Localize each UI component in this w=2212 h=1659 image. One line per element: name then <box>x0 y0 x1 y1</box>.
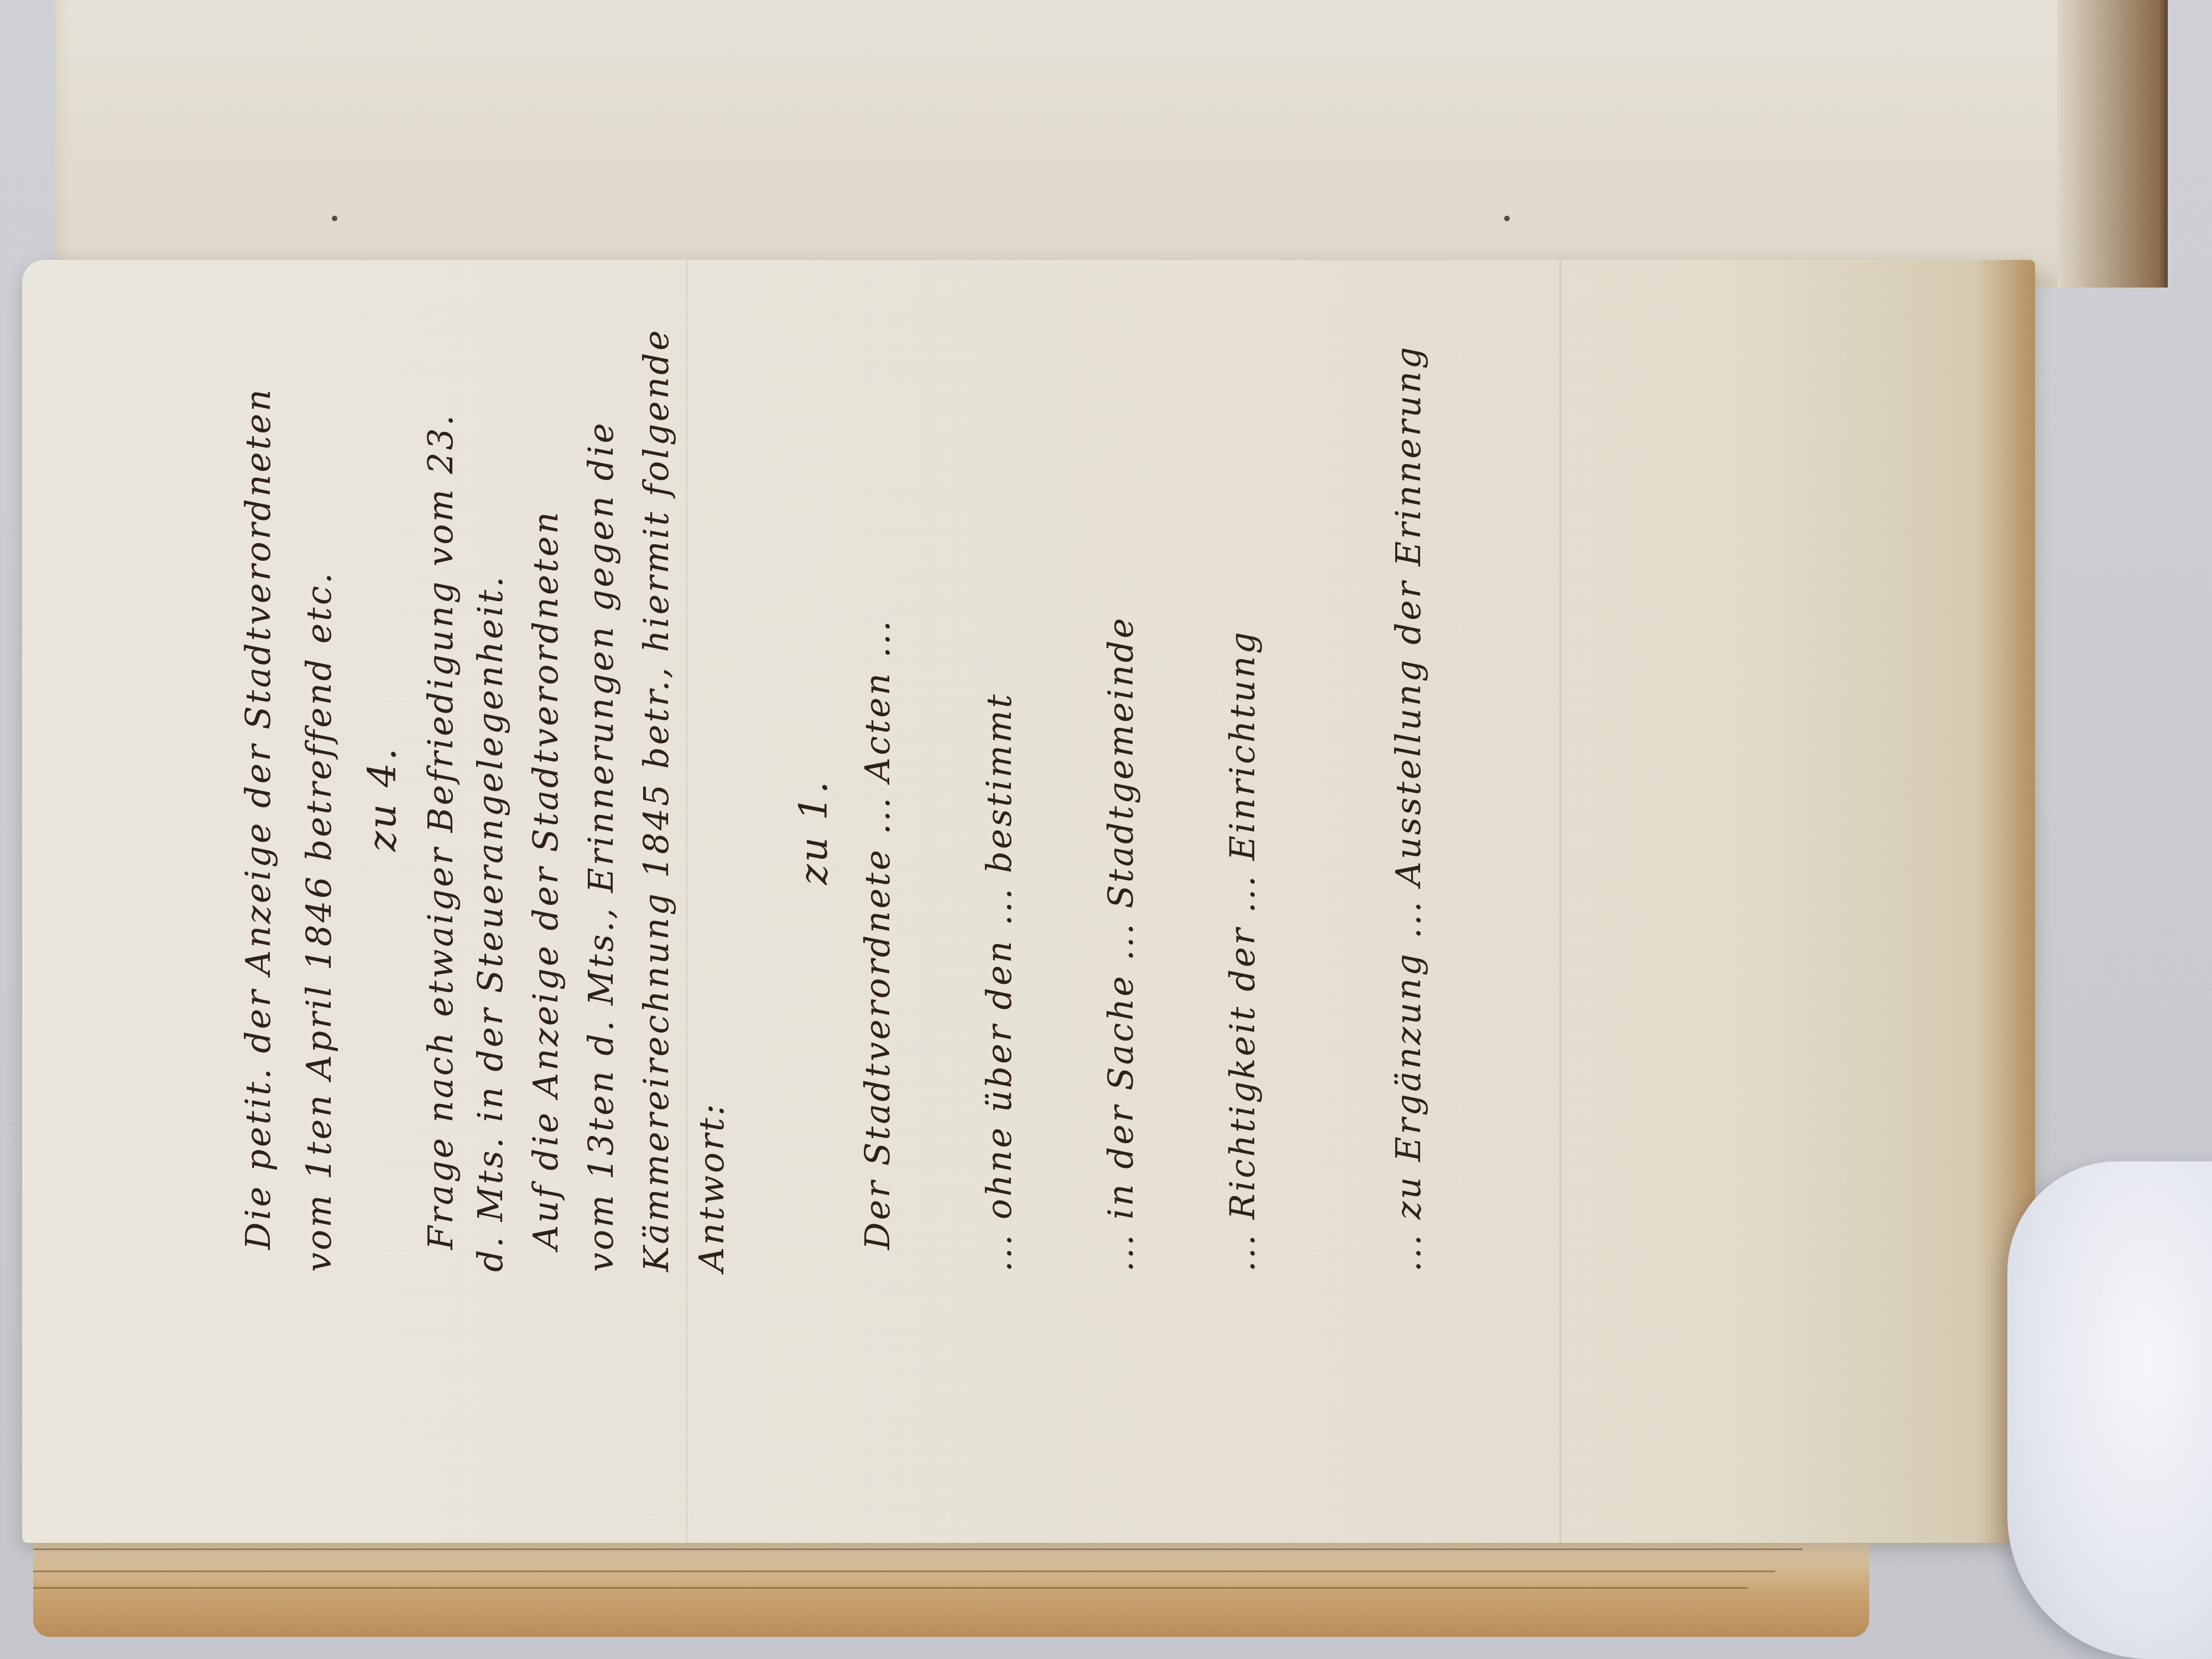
fold-crease <box>686 260 687 1543</box>
text-line: d. Mts. in der Steuerangelegenheit. <box>470 575 510 1272</box>
text-line: ... Richtigkeit der ... Einrichtung <box>1222 630 1262 1272</box>
text-line: Antwort: <box>691 1102 732 1272</box>
text-line: Kämmereirechnung 1845 betr., hiermit fol… <box>636 328 676 1272</box>
text-line: vom 1ten April 1846 betreffend etc. <box>299 571 339 1272</box>
text-line: vom 13ten d. Mts., Erinnerungen gegen di… <box>581 421 621 1272</box>
fold-crease <box>1559 260 1561 1543</box>
text-line: ... ohne über den ... bestimmt <box>979 692 1019 1272</box>
text-line: ... in der Sache ... Stadtgemeinde <box>1100 616 1141 1272</box>
photo-scene: Die petit. der Anzeige der Stadtverordne… <box>0 0 2212 1659</box>
text-line: Frage nach etwaiger Befriedigung vom 23. <box>420 413 461 1250</box>
text-line: ... zu Ergänzung ... Ausstellung der Eri… <box>1388 345 1428 1272</box>
section-heading: zu 1. <box>791 779 836 885</box>
text-line: Der Stadtverordnete ... Acten ... <box>857 619 898 1250</box>
text-line: Die petit. der Anzeige der Stadtverordne… <box>238 387 278 1250</box>
text-line: Auf die Anzeige der Stadtverordneten <box>525 510 566 1250</box>
section-heading: zu 4. <box>359 746 405 852</box>
ink-spot <box>1504 216 1510 221</box>
book-spine-edge <box>2057 0 2168 288</box>
page-stack <box>33 1526 1869 1637</box>
facing-page <box>55 0 2168 288</box>
gloved-hand <box>2007 1161 2212 1659</box>
ink-spot <box>332 216 337 221</box>
